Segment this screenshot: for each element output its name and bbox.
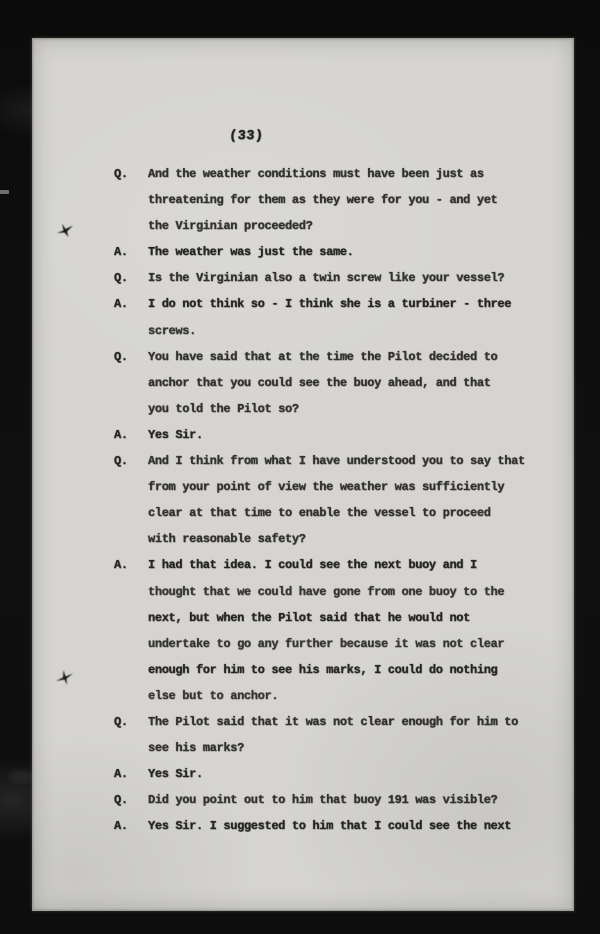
answer-lines: The Pilot said that it was not clear eno… <box>148 709 559 761</box>
answer-lines: Yes Sir. <box>148 422 559 448</box>
transcript-line: Yes Sir. <box>148 422 559 448</box>
speaker-label: Q. <box>114 448 148 474</box>
speaker-label: Q. <box>114 787 148 813</box>
answer-lines: And the weather conditions must have bee… <box>148 161 559 239</box>
transcript-line: I do not think so - I think she is a tur… <box>148 291 559 317</box>
speaker-label: A. <box>114 761 148 787</box>
speaker-label: A. <box>114 291 148 317</box>
speaker-label: A. <box>114 813 148 839</box>
qa-item: Q. You have said that at the time the Pi… <box>114 344 559 422</box>
speaker-label: A. <box>114 239 148 265</box>
speaker-label: Q. <box>114 161 148 187</box>
answer-lines: I had that idea. I could see the next bu… <box>148 552 559 709</box>
transcript-line: undertake to go any further because it w… <box>148 631 559 657</box>
answer-lines: And I think from what I have understood … <box>148 448 559 552</box>
ink-blot-icon <box>55 221 75 241</box>
qa-item: A. Yes Sir. <box>114 422 559 448</box>
transcript-line: anchor that you could see the buoy ahead… <box>148 370 559 396</box>
speaker-label: Q. <box>114 344 148 370</box>
transcript-line: Yes Sir. I suggested to him that I could… <box>148 813 559 839</box>
transcript-line: And the weather conditions must have bee… <box>148 161 559 187</box>
transcript-line: And I think from what I have understood … <box>148 448 559 474</box>
transcript-line: next, but when the Pilot said that he wo… <box>148 605 559 631</box>
transcript-line: I had that idea. I could see the next bu… <box>148 552 559 578</box>
transcript-line: The Pilot said that it was not clear eno… <box>148 709 559 735</box>
transcript-line: the Virginian proceeded? <box>148 213 559 239</box>
transcript-line: threatening for them as they were for yo… <box>148 187 559 213</box>
qa-item: Q. Did you point out to him that buoy 19… <box>114 787 559 813</box>
transcript-line: else but to anchor. <box>148 683 559 709</box>
answer-lines: Yes Sir. <box>148 761 559 787</box>
transcript-line: see his marks? <box>148 735 559 761</box>
qa-item: A. I do not think so - I think she is a … <box>114 291 559 343</box>
speaker-label: A. <box>114 552 148 578</box>
qa-item: Q. And I think from what I have understo… <box>114 448 559 552</box>
border-smudge <box>8 770 34 784</box>
transcript-line: Is the Virginian also a twin screw like … <box>148 265 559 291</box>
speaker-label: Q. <box>114 265 148 291</box>
qa-item: A. Yes Sir. <box>114 761 559 787</box>
qa-item: Q. And the weather conditions must have … <box>114 161 559 239</box>
ink-blot-icon <box>54 667 76 689</box>
film-border-speck <box>0 190 9 194</box>
transcript-line: enough for him to see his marks, I could… <box>148 657 559 683</box>
transcript-line: with reasonable safety? <box>148 526 559 552</box>
transcript-line: from your point of view the weather was … <box>148 474 559 500</box>
answer-lines: You have said that at the time the Pilot… <box>148 344 559 422</box>
answer-lines: Did you point out to him that buoy 191 w… <box>148 787 559 813</box>
speaker-label: Q. <box>114 709 148 735</box>
answer-lines: Yes Sir. I suggested to him that I could… <box>148 813 559 839</box>
transcript-line: clear at that time to enable the vessel … <box>148 500 559 526</box>
transcript-line: The weather was just the same. <box>148 239 559 265</box>
transcript-line: You have said that at the time the Pilot… <box>148 344 559 370</box>
transcript-line: Did you point out to him that buoy 191 w… <box>148 787 559 813</box>
answer-lines: Is the Virginian also a twin screw like … <box>148 265 559 291</box>
answer-lines: The weather was just the same. <box>148 239 559 265</box>
page-number: (33) <box>228 129 263 144</box>
transcript-line: thought that we could have gone from one… <box>148 579 559 605</box>
transcript-line: screws. <box>148 318 559 344</box>
scanned-page-sheet: (33) Q. And the weather conditions must … <box>32 38 574 911</box>
qa-item: A. Yes Sir. I suggested to him that I co… <box>114 813 559 839</box>
transcript: Q. And the weather conditions must have … <box>114 161 559 839</box>
answer-lines: I do not think so - I think she is a tur… <box>148 291 559 343</box>
speaker-label: A. <box>114 422 148 448</box>
qa-item: A. The weather was just the same. <box>114 239 559 265</box>
transcript-line: Yes Sir. <box>148 761 559 787</box>
transcript-line: you told the Pilot so? <box>148 396 559 422</box>
qa-item: A. I had that idea. I could see the next… <box>114 552 559 709</box>
qa-item: Q. Is the Virginian also a twin screw li… <box>114 265 559 291</box>
qa-item: Q. The Pilot said that it was not clear … <box>114 709 559 761</box>
